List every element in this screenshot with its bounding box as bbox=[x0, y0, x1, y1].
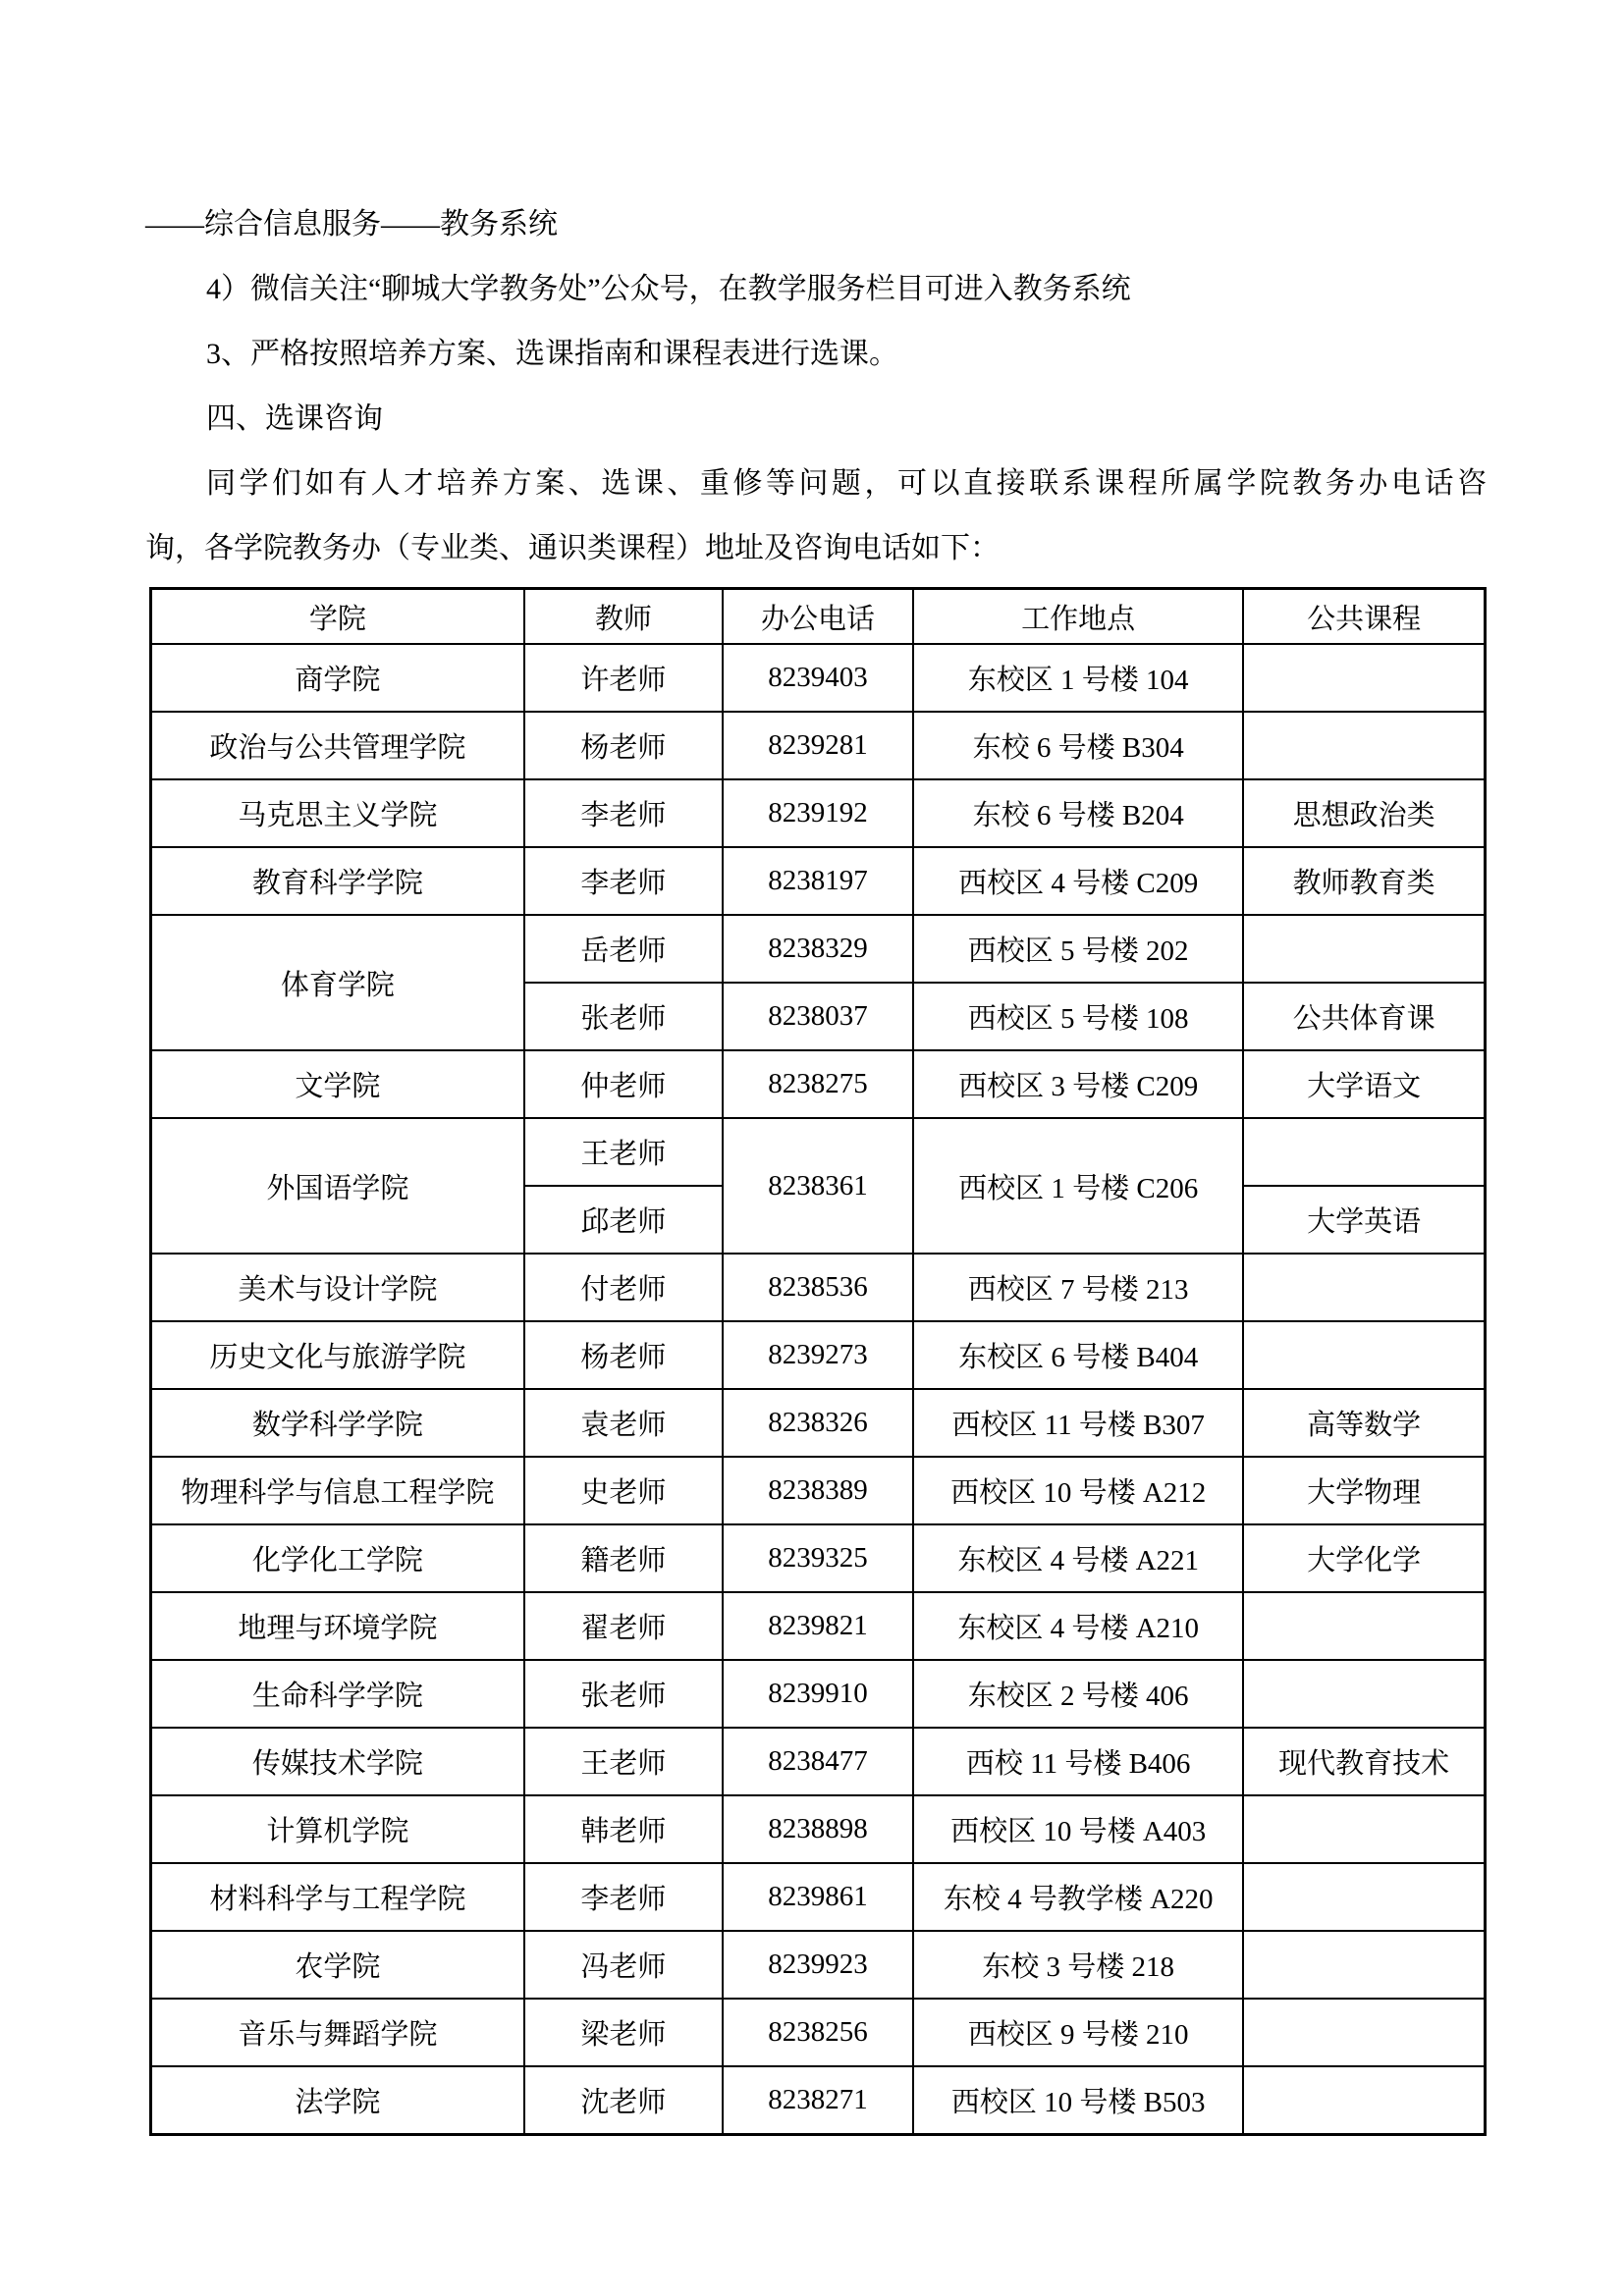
table-row: 法学院沈老师8238271西校区 10 号楼 B503 bbox=[151, 2066, 1486, 2135]
cell-location: 东校区 4 号楼 A221 bbox=[913, 1524, 1243, 1592]
cell-phone: 8238275 bbox=[723, 1050, 913, 1118]
cell-teacher: 张老师 bbox=[524, 983, 723, 1050]
cell-course bbox=[1243, 1660, 1485, 1728]
cell-teacher: 翟老师 bbox=[524, 1592, 723, 1660]
cell-location: 西校区 11 号楼 B307 bbox=[913, 1389, 1243, 1457]
cell-phone: 8238326 bbox=[723, 1389, 913, 1457]
cell-course: 大学语文 bbox=[1243, 1050, 1485, 1118]
cell-phone: 8238361 bbox=[723, 1118, 913, 1254]
table-row: 历史文化与旅游学院杨老师8239273东校区 6 号楼 B404 bbox=[151, 1321, 1486, 1389]
cell-course bbox=[1243, 1592, 1485, 1660]
cell-location: 西校区 5 号楼 108 bbox=[913, 983, 1243, 1050]
cell-phone: 8239192 bbox=[723, 779, 913, 847]
cell-college: 音乐与舞蹈学院 bbox=[151, 1999, 524, 2066]
header-office-phone: 办公电话 bbox=[723, 589, 913, 645]
cell-course: 高等数学 bbox=[1243, 1389, 1485, 1457]
cell-teacher: 籍老师 bbox=[524, 1524, 723, 1592]
nav-path-line: ——综合信息服务——教务系统 bbox=[145, 192, 1487, 257]
cell-teacher: 王老师 bbox=[524, 1728, 723, 1795]
cell-college: 法学院 bbox=[151, 2066, 524, 2135]
cell-course: 现代教育技术 bbox=[1243, 1728, 1485, 1795]
cell-college: 数学科学学院 bbox=[151, 1389, 524, 1457]
cell-course bbox=[1243, 1931, 1485, 1999]
item-4-line: 4）微信关注“聊城大学教务处”公众号，在教学服务栏目可进入教务系统 bbox=[145, 257, 1487, 322]
table-header-row: 学院 教师 办公电话 工作地点 公共课程 bbox=[151, 589, 1486, 645]
cell-phone: 8238898 bbox=[723, 1795, 913, 1863]
cell-college: 材料科学与工程学院 bbox=[151, 1863, 524, 1931]
item-3-line: 3、严格按照培养方案、选课指南和课程表进行选课。 bbox=[145, 322, 1487, 387]
cell-teacher: 付老师 bbox=[524, 1254, 723, 1321]
cell-course bbox=[1243, 644, 1485, 712]
cell-location: 西校区 10 号楼 A403 bbox=[913, 1795, 1243, 1863]
cell-teacher: 李老师 bbox=[524, 1863, 723, 1931]
table-row: 商学院许老师8239403东校区 1 号楼 104 bbox=[151, 644, 1486, 712]
cell-phone: 8238389 bbox=[723, 1457, 913, 1524]
cell-phone: 8239923 bbox=[723, 1931, 913, 1999]
cell-course bbox=[1243, 1999, 1485, 2066]
table-header: 学院 教师 办公电话 工作地点 公共课程 bbox=[151, 589, 1486, 645]
cell-college: 生命科学学院 bbox=[151, 1660, 524, 1728]
cell-location: 东校 6 号楼 B304 bbox=[913, 712, 1243, 779]
cell-college: 计算机学院 bbox=[151, 1795, 524, 1863]
cell-teacher: 史老师 bbox=[524, 1457, 723, 1524]
cell-course bbox=[1243, 712, 1485, 779]
cell-location: 西校区 7 号楼 213 bbox=[913, 1254, 1243, 1321]
table-row: 音乐与舞蹈学院梁老师8238256西校区 9 号楼 210 bbox=[151, 1999, 1486, 2066]
table-row: 化学化工学院籍老师8239325东校区 4 号楼 A221大学化学 bbox=[151, 1524, 1486, 1592]
cell-teacher: 袁老师 bbox=[524, 1389, 723, 1457]
cell-teacher: 韩老师 bbox=[524, 1795, 723, 1863]
cell-college: 教育科学学院 bbox=[151, 847, 524, 915]
cell-teacher: 杨老师 bbox=[524, 712, 723, 779]
cell-location: 西校区 1 号楼 C206 bbox=[913, 1118, 1243, 1254]
table-row: 政治与公共管理学院杨老师8239281东校 6 号楼 B304 bbox=[151, 712, 1486, 779]
cell-phone: 8238477 bbox=[723, 1728, 913, 1795]
cell-phone: 8238536 bbox=[723, 1254, 913, 1321]
cell-teacher: 许老师 bbox=[524, 644, 723, 712]
table-row: 数学科学学院袁老师8238326西校区 11 号楼 B307高等数学 bbox=[151, 1389, 1486, 1457]
cell-course: 教师教育类 bbox=[1243, 847, 1485, 915]
cell-location: 东校区 6 号楼 B404 bbox=[913, 1321, 1243, 1389]
paragraph-line-2: 询，各学院教务办（专业类、通识类课程）地址及咨询电话如下： bbox=[145, 516, 1487, 581]
table-row: 马克思主义学院李老师8239192东校 6 号楼 B204思想政治类 bbox=[151, 779, 1486, 847]
cell-course bbox=[1243, 2066, 1485, 2135]
cell-location: 东校区 2 号楼 406 bbox=[913, 1660, 1243, 1728]
table-row: 生命科学学院张老师8239910东校区 2 号楼 406 bbox=[151, 1660, 1486, 1728]
cell-college: 农学院 bbox=[151, 1931, 524, 1999]
header-work-location: 工作地点 bbox=[913, 589, 1243, 645]
cell-location: 西校区 3 号楼 C209 bbox=[913, 1050, 1243, 1118]
table-row: 计算机学院韩老师8238898西校区 10 号楼 A403 bbox=[151, 1795, 1486, 1863]
cell-phone: 8239821 bbox=[723, 1592, 913, 1660]
table-row: 文学院仲老师8238275西校区 3 号楼 C209大学语文 bbox=[151, 1050, 1486, 1118]
cell-location: 西校 11 号楼 B406 bbox=[913, 1728, 1243, 1795]
cell-course: 大学英语 bbox=[1243, 1186, 1485, 1254]
cell-course bbox=[1243, 1118, 1485, 1186]
cell-college: 历史文化与旅游学院 bbox=[151, 1321, 524, 1389]
table-row: 教育科学学院李老师8238197西校区 4 号楼 C209教师教育类 bbox=[151, 847, 1486, 915]
table-row: 地理与环境学院翟老师8239821东校区 4 号楼 A210 bbox=[151, 1592, 1486, 1660]
cell-location: 西校区 9 号楼 210 bbox=[913, 1999, 1243, 2066]
cell-location: 西校区 5 号楼 202 bbox=[913, 915, 1243, 983]
cell-phone: 8238329 bbox=[723, 915, 913, 983]
table-row: 外国语学院王老师8238361西校区 1 号楼 C206 bbox=[151, 1118, 1486, 1186]
cell-course: 思想政治类 bbox=[1243, 779, 1485, 847]
cell-phone: 8239273 bbox=[723, 1321, 913, 1389]
cell-location: 西校区 10 号楼 B503 bbox=[913, 2066, 1243, 2135]
cell-location: 西校区 10 号楼 A212 bbox=[913, 1457, 1243, 1524]
cell-course: 大学物理 bbox=[1243, 1457, 1485, 1524]
table-row: 物理科学与信息工程学院史老师8238389西校区 10 号楼 A212大学物理 bbox=[151, 1457, 1486, 1524]
college-contact-table: 学院 教师 办公电话 工作地点 公共课程 商学院许老师8239403东校区 1 … bbox=[149, 587, 1487, 2136]
cell-college: 外国语学院 bbox=[151, 1118, 524, 1254]
cell-course: 公共体育课 bbox=[1243, 983, 1485, 1050]
cell-course bbox=[1243, 1254, 1485, 1321]
table-row: 体育学院岳老师8238329西校区 5 号楼 202 bbox=[151, 915, 1486, 983]
cell-location: 东校区 1 号楼 104 bbox=[913, 644, 1243, 712]
cell-phone: 8239861 bbox=[723, 1863, 913, 1931]
table-body: 商学院许老师8239403东校区 1 号楼 104政治与公共管理学院杨老师823… bbox=[151, 644, 1486, 2135]
cell-teacher: 杨老师 bbox=[524, 1321, 723, 1389]
cell-teacher: 邱老师 bbox=[524, 1186, 723, 1254]
header-teacher: 教师 bbox=[524, 589, 723, 645]
header-college: 学院 bbox=[151, 589, 524, 645]
cell-college: 美术与设计学院 bbox=[151, 1254, 524, 1321]
cell-college: 化学化工学院 bbox=[151, 1524, 524, 1592]
cell-phone: 8239910 bbox=[723, 1660, 913, 1728]
cell-teacher: 冯老师 bbox=[524, 1931, 723, 1999]
cell-college: 地理与环境学院 bbox=[151, 1592, 524, 1660]
cell-teacher: 梁老师 bbox=[524, 1999, 723, 2066]
cell-college: 商学院 bbox=[151, 644, 524, 712]
table-row: 材料科学与工程学院李老师8239861东校 4 号教学楼 A220 bbox=[151, 1863, 1486, 1931]
cell-teacher: 王老师 bbox=[524, 1118, 723, 1186]
cell-college: 物理科学与信息工程学院 bbox=[151, 1457, 524, 1524]
cell-college: 传媒技术学院 bbox=[151, 1728, 524, 1795]
cell-teacher: 李老师 bbox=[524, 847, 723, 915]
paragraph-line-1: 同学们如有人才培养方案、选课、重修等问题，可以直接联系课程所属学院教务办电话咨 bbox=[145, 452, 1487, 516]
cell-course bbox=[1243, 1795, 1485, 1863]
cell-course bbox=[1243, 1863, 1485, 1931]
cell-college: 体育学院 bbox=[151, 915, 524, 1050]
cell-location: 东校 4 号教学楼 A220 bbox=[913, 1863, 1243, 1931]
table-row: 农学院冯老师8239923东校 3 号楼 218 bbox=[151, 1931, 1486, 1999]
cell-phone: 8238037 bbox=[723, 983, 913, 1050]
cell-college: 政治与公共管理学院 bbox=[151, 712, 524, 779]
section-4-heading: 四、选课咨询 bbox=[145, 387, 1487, 452]
cell-phone: 8238271 bbox=[723, 2066, 913, 2135]
cell-phone: 8239281 bbox=[723, 712, 913, 779]
cell-location: 东校 3 号楼 218 bbox=[913, 1931, 1243, 1999]
cell-course bbox=[1243, 1321, 1485, 1389]
cell-college: 马克思主义学院 bbox=[151, 779, 524, 847]
cell-phone: 8239325 bbox=[723, 1524, 913, 1592]
cell-teacher: 仲老师 bbox=[524, 1050, 723, 1118]
cell-phone: 8239403 bbox=[723, 644, 913, 712]
cell-phone: 8238197 bbox=[723, 847, 913, 915]
cell-location: 西校区 4 号楼 C209 bbox=[913, 847, 1243, 915]
cell-teacher: 张老师 bbox=[524, 1660, 723, 1728]
cell-college: 文学院 bbox=[151, 1050, 524, 1118]
cell-teacher: 岳老师 bbox=[524, 915, 723, 983]
cell-teacher: 沈老师 bbox=[524, 2066, 723, 2135]
cell-phone: 8238256 bbox=[723, 1999, 913, 2066]
cell-location: 东校 6 号楼 B204 bbox=[913, 779, 1243, 847]
document-page: ——综合信息服务——教务系统 4）微信关注“聊城大学教务处”公众号，在教学服务栏… bbox=[0, 0, 1624, 2296]
cell-course: 大学化学 bbox=[1243, 1524, 1485, 1592]
table-row: 美术与设计学院付老师8238536西校区 7 号楼 213 bbox=[151, 1254, 1486, 1321]
cell-teacher: 李老师 bbox=[524, 779, 723, 847]
table-row: 传媒技术学院王老师8238477西校 11 号楼 B406现代教育技术 bbox=[151, 1728, 1486, 1795]
body-text: ——综合信息服务——教务系统 4）微信关注“聊城大学教务处”公众号，在教学服务栏… bbox=[145, 192, 1487, 581]
cell-location: 东校区 4 号楼 A210 bbox=[913, 1592, 1243, 1660]
cell-course bbox=[1243, 915, 1485, 983]
header-public-course: 公共课程 bbox=[1243, 589, 1485, 645]
